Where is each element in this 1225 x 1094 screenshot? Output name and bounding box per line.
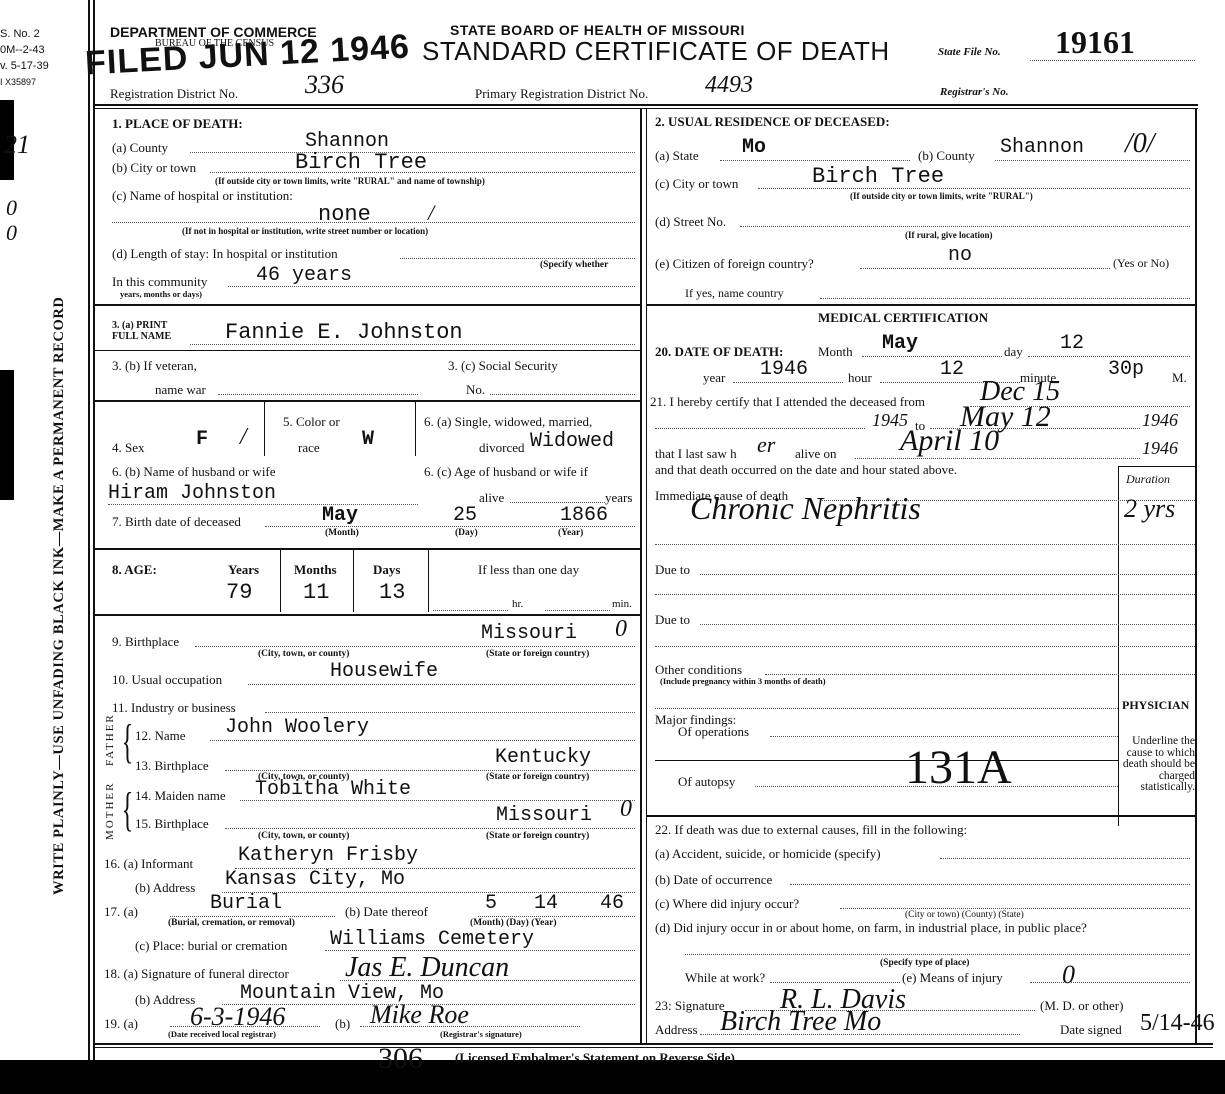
field-line xyxy=(740,226,1190,227)
field-line xyxy=(940,858,1190,859)
form-code: v. 5-17-39 xyxy=(0,58,49,74)
field-line xyxy=(218,394,418,395)
occupation-label: 10. Usual occupation xyxy=(112,672,222,688)
state-file-label: State File No. xyxy=(938,46,1001,58)
residence-heading: 2. USUAL RESIDENCE OF DECEASED: xyxy=(655,114,890,130)
section-rule xyxy=(93,548,640,550)
field-line xyxy=(862,356,1002,357)
immediate-cause-value[interactable]: Chronic Nephritis xyxy=(690,490,921,527)
field-line xyxy=(733,382,843,383)
day-note: (Day) xyxy=(455,528,478,538)
dod-minute-value[interactable]: 30p xyxy=(1108,358,1144,381)
external-d-note: (Specify type of place) xyxy=(880,958,969,968)
age-days-value[interactable]: 13 xyxy=(379,580,405,605)
autopsy-label: Of autopsy xyxy=(678,774,735,790)
primary-district-label: Primary Registration District No. xyxy=(475,86,648,102)
field-line xyxy=(860,268,1110,269)
md-label: (M. D. or other) xyxy=(1040,998,1123,1014)
res-city-note: (If outside city or town limits, write "… xyxy=(850,191,1033,201)
to-year-value[interactable]: 1946 xyxy=(1142,410,1178,431)
burial-month-value[interactable]: 5 xyxy=(485,892,497,915)
field-line xyxy=(265,712,635,713)
bottom-rule xyxy=(93,1043,1213,1045)
duration-value[interactable]: 2 yrs xyxy=(1124,494,1175,524)
received-date-value[interactable]: 6-3-1946 xyxy=(190,1002,285,1032)
community-label: In this community xyxy=(112,274,207,290)
section-rule xyxy=(93,400,640,402)
margin-mark: 21 xyxy=(4,130,30,160)
reg-district-number[interactable]: 336 xyxy=(305,70,344,100)
hospital-label: (c) Name of hospital or institution: xyxy=(112,188,293,204)
dod-month-label: Month xyxy=(818,344,853,360)
received-note: (Date received local registrar) xyxy=(168,1029,276,1039)
age-label: 8. AGE: xyxy=(112,562,157,578)
yes-no-note: (Yes or No) xyxy=(1113,256,1169,271)
specify-note: (Specify whether xyxy=(540,260,608,270)
external-c-label: (c) Where did injury occur? xyxy=(655,896,799,912)
last-saw-year-value[interactable]: 1946 xyxy=(1142,438,1178,459)
community-note: years, months or days) xyxy=(120,289,202,299)
cell-divider xyxy=(428,550,429,612)
city-note: (If outside city or town limits, write "… xyxy=(215,176,485,186)
field-line xyxy=(770,982,900,983)
field-line xyxy=(490,394,635,395)
date-signed-label: Date signed xyxy=(1060,1022,1122,1038)
field-line xyxy=(790,884,1190,885)
side-instructions: WRITE PLAINLY—USE UNFADING BLACK INK—MAK… xyxy=(51,297,68,895)
last-saw-pronoun[interactable]: er xyxy=(757,432,775,458)
dod-day-value[interactable]: 12 xyxy=(1060,332,1084,355)
dod-year-label: year xyxy=(703,370,725,386)
less-than-day-label: If less than one day xyxy=(478,562,579,578)
reg-district-label: Registration District No. xyxy=(110,86,238,102)
column-divider xyxy=(640,108,642,1043)
field-line xyxy=(225,770,635,771)
certify-label: 21. I hereby certify that I attended the… xyxy=(650,394,925,410)
sex-value[interactable]: F xyxy=(196,428,208,451)
county-label: (a) County xyxy=(112,140,168,156)
field-line xyxy=(545,610,610,611)
field-line xyxy=(700,1034,1020,1035)
spouse-age-label-1: 6. (c) Age of husband or wife if xyxy=(424,464,588,480)
section-rule xyxy=(646,815,1195,817)
field-line xyxy=(108,504,418,505)
field-line xyxy=(720,160,910,161)
veteran-label: 3. (b) If veteran, xyxy=(112,358,197,374)
external-a-label: (a) Accident, suicide, or homicide (spec… xyxy=(655,846,881,862)
check-mark: / xyxy=(240,424,247,451)
medical-heading: MEDICAL CERTIFICATION xyxy=(818,310,988,326)
res-county-value[interactable]: Shannon xyxy=(1000,136,1084,159)
handwritten-code: 131A xyxy=(905,740,1012,795)
age-years-label: Years xyxy=(228,562,259,578)
field-line xyxy=(240,800,635,801)
brace-icon: { xyxy=(122,786,134,834)
full-name-label: 3. (a) PRINT FULL NAME xyxy=(112,320,171,342)
spouse-label: 6. (b) Name of husband or wife xyxy=(112,464,276,480)
field-line xyxy=(170,1026,320,1027)
citizen-label: (e) Citizen of foreign country? xyxy=(655,256,814,272)
dod-hour-label: hour xyxy=(848,370,872,386)
ss-label: 3. (c) Social Security xyxy=(448,358,558,374)
field-line xyxy=(510,502,605,503)
column-divider xyxy=(646,108,647,1043)
check-mark: 0 xyxy=(620,796,632,823)
duration-label: Duration xyxy=(1126,472,1170,487)
field-line xyxy=(1030,982,1190,983)
ss-no-label: No. xyxy=(466,382,485,398)
field-line xyxy=(758,188,1190,189)
dod-year-value[interactable]: 1946 xyxy=(760,358,808,381)
father-name-label: 12. Name xyxy=(135,728,186,744)
field-line xyxy=(770,736,1118,737)
birth-day-value[interactable]: 25 xyxy=(453,504,477,527)
form-code: I X35897 xyxy=(0,74,49,90)
mother-birthplace-label: 15. Birthplace xyxy=(135,816,209,832)
res-state-value[interactable]: Mo xyxy=(742,136,766,159)
field-line xyxy=(112,222,635,223)
dod-month-value[interactable]: May xyxy=(882,332,918,355)
hr-label: hr. xyxy=(512,598,523,610)
informant-address-value[interactable]: Kansas City, Mo xyxy=(225,868,405,891)
war-label: name war xyxy=(155,382,206,398)
field-line xyxy=(840,908,1190,909)
race-label-1: 5. Color or xyxy=(283,414,340,430)
form-code: S. No. 2 xyxy=(0,26,49,42)
informant-value[interactable]: Katheryn Frisby xyxy=(238,844,418,867)
state-country-note: (State or foreign country) xyxy=(486,831,589,841)
res-city-value[interactable]: Birch Tree xyxy=(812,164,944,189)
place-of-death-heading: 1. PLACE OF DEATH: xyxy=(112,116,243,132)
field-line xyxy=(195,646,635,647)
due-to-label: Due to xyxy=(655,612,690,628)
stay-label: (d) Length of stay: In hospital or insti… xyxy=(112,246,338,262)
left-border-inner xyxy=(93,0,95,1060)
operations-label: Of operations xyxy=(678,724,749,740)
city-town-note: (City, town, or county) xyxy=(258,831,349,841)
father-side-label: FATHER xyxy=(104,713,116,766)
embalmer-note: (Licensed Embalmer's Statement on Revers… xyxy=(455,1050,735,1066)
physician-heading: PHYSICIAN xyxy=(1122,698,1189,713)
occupation-value[interactable]: Housewife xyxy=(330,660,438,683)
director-address-label: (b) Address xyxy=(135,992,195,1008)
field-line xyxy=(655,760,1118,761)
means-label: (e) Means of injury xyxy=(902,970,1003,986)
physician-address-label: Address xyxy=(655,1022,698,1038)
age-months-value[interactable]: 11 xyxy=(303,580,329,605)
right-border xyxy=(1195,108,1197,1043)
duration-box-top xyxy=(1118,466,1195,467)
sex-label: 4. Sex xyxy=(112,440,145,456)
race-value[interactable]: W xyxy=(362,428,374,451)
signature-label: 23: Signature xyxy=(655,998,725,1014)
date-signed-value[interactable]: 5/14-46 xyxy=(1140,1010,1215,1037)
external-b-label: (b) Date of occurrence xyxy=(655,872,772,888)
informant-address-label: (b) Address xyxy=(135,880,195,896)
field-line xyxy=(225,828,635,829)
form-code: 0M--2-43 xyxy=(0,42,49,58)
industry-label: 11. Industry or business xyxy=(112,700,236,716)
field-line xyxy=(210,172,635,173)
burial-place-value[interactable]: Williams Cemetery xyxy=(330,928,534,951)
means-value[interactable]: 0 xyxy=(1062,960,1075,990)
birthplace-value[interactable]: Missouri xyxy=(481,622,577,645)
state-country-note: (State or foreign country) xyxy=(486,772,589,782)
cell-divider xyxy=(415,400,416,456)
month-note: (Month) xyxy=(325,528,359,538)
registrar-sig-note: (Registrar's signature) xyxy=(440,1029,522,1039)
field-line xyxy=(433,610,508,611)
page-title: STANDARD CERTIFICATE OF DEATH xyxy=(422,36,890,67)
res-state-label: (a) State xyxy=(655,148,699,164)
burial-year-value[interactable]: 46 xyxy=(600,892,624,915)
field-line xyxy=(340,980,635,981)
physician-note: Underline the cause to which death shoul… xyxy=(1120,736,1195,794)
burial-place-label: (c) Place: burial or cremation xyxy=(135,938,287,954)
age-months-label: Months xyxy=(294,562,337,578)
birth-year-value[interactable]: 1866 xyxy=(560,504,608,527)
field-line xyxy=(400,258,635,259)
cell-divider xyxy=(264,400,265,456)
dod-day-label: day xyxy=(1004,344,1023,360)
registrar-label: Registrar's No. xyxy=(940,86,1008,98)
birthplace-label: 9. Birthplace xyxy=(112,634,179,650)
state-country-note: (State or foreign country) xyxy=(486,649,589,659)
years-label: years xyxy=(605,490,632,506)
field-line xyxy=(1030,60,1195,61)
age-days-label: Days xyxy=(373,562,400,578)
footer-number: 306 xyxy=(378,1042,423,1076)
section-rule xyxy=(93,350,640,351)
year-note: (Year) xyxy=(558,528,583,538)
brace-icon: { xyxy=(122,718,134,766)
field-line xyxy=(170,916,335,917)
form-codes: S. No. 2 0M--2-43 v. 5-17-39 I X35897 xyxy=(0,26,49,90)
field-line xyxy=(700,574,1195,575)
spouse-value[interactable]: Hiram Johnston xyxy=(108,482,276,505)
field-line xyxy=(1028,356,1190,357)
last-saw-value[interactable]: April 10 xyxy=(900,424,999,458)
external-heading: 22. If death was due to external causes,… xyxy=(655,822,967,838)
res-county-label: (b) County xyxy=(918,148,975,164)
occurred-text: and that death occurred on the date and … xyxy=(655,462,957,478)
full-name-value[interactable]: Fannie E. Johnston xyxy=(225,320,463,345)
race-label-2: race xyxy=(298,440,320,456)
spouse-age-label-2: alive xyxy=(479,490,504,506)
field-line xyxy=(700,624,1195,625)
last-saw-label-2: alive on xyxy=(795,446,837,462)
hospital-note: (If not in hospital or institution, writ… xyxy=(182,226,428,236)
informant-label: 16. (a) Informant xyxy=(104,856,193,872)
field-line xyxy=(190,344,635,345)
state-file-number: 19161 xyxy=(1055,24,1135,61)
burial-day-value[interactable]: 14 xyxy=(534,892,558,915)
left-border xyxy=(88,0,90,1060)
due-to-label: Due to xyxy=(655,562,690,578)
city-town-note: (City, town, or county) xyxy=(258,649,349,659)
last-saw-label-1: that I last saw h xyxy=(655,446,737,462)
director-label: 18. (a) Signature of funeral director xyxy=(104,966,289,982)
field-line xyxy=(360,1026,580,1027)
margin-mark: 0 xyxy=(6,220,17,246)
field-line xyxy=(765,674,1195,675)
external-d-label: (d) Did injury occur in or about home, o… xyxy=(655,920,1087,936)
bottom-rule xyxy=(93,1047,1213,1048)
birth-month-value[interactable]: May xyxy=(322,504,358,527)
field-line xyxy=(222,892,635,893)
mother-name-label: 14. Maiden name xyxy=(135,788,226,804)
burial-date-note: (Month) (Day) (Year) xyxy=(470,918,557,928)
father-birthplace-value[interactable]: Kentucky xyxy=(495,746,591,769)
field-line xyxy=(995,160,1190,161)
marital-value[interactable]: Widowed xyxy=(530,430,614,453)
field-line xyxy=(478,916,635,917)
margin-black-bar xyxy=(0,370,14,500)
community-value[interactable]: 46 years xyxy=(256,264,352,287)
street-note: (If rural, give location) xyxy=(905,230,992,240)
street-label: (d) Street No. xyxy=(655,214,726,230)
handwritten-code: /0/ xyxy=(1125,128,1155,160)
disposition-label: 17. (a) xyxy=(104,904,138,920)
country-label: If yes, name country xyxy=(685,286,784,301)
section-rule xyxy=(646,304,1195,306)
header-rule xyxy=(93,104,1198,106)
full-name-label-line: 3. (a) PRINT xyxy=(112,320,171,331)
check-mark: 0 xyxy=(615,616,627,643)
work-label: While at work? xyxy=(685,970,765,986)
mother-name-value[interactable]: Tobitha White xyxy=(255,778,411,801)
field-line xyxy=(655,428,865,429)
external-c-note: (City or town) (County) (State) xyxy=(905,910,1024,920)
res-city-label: (c) City or town xyxy=(655,176,738,192)
field-line xyxy=(655,544,1195,545)
cell-divider xyxy=(280,550,281,612)
city-label: (b) City or town xyxy=(112,160,196,176)
field-line xyxy=(210,740,635,741)
cell-divider xyxy=(353,550,354,612)
field-line xyxy=(265,526,635,527)
dod-hour-value[interactable]: 12 xyxy=(940,358,964,381)
field-line xyxy=(685,954,1190,955)
field-line xyxy=(820,298,1190,299)
hospital-value[interactable]: none xyxy=(318,202,371,227)
dod-m-label: M. xyxy=(1172,370,1187,386)
field-line xyxy=(248,684,635,685)
full-name-label-line: FULL NAME xyxy=(112,331,171,342)
disposition-value[interactable]: Burial xyxy=(210,892,282,915)
field-line xyxy=(325,950,635,951)
mother-birthplace-value[interactable]: Missouri xyxy=(496,804,592,827)
field-line xyxy=(655,646,1195,647)
registrar-sig-label: (b) xyxy=(335,1016,350,1032)
father-birthplace-label: 13. Birthplace xyxy=(135,758,209,774)
margin-mark: 0 xyxy=(6,195,17,221)
citizen-value[interactable]: no xyxy=(948,244,972,267)
section-rule xyxy=(93,614,640,616)
field-line xyxy=(655,594,1195,595)
field-line xyxy=(228,286,635,287)
father-name-value[interactable]: John Woolery xyxy=(225,716,369,739)
field-line xyxy=(655,708,1118,709)
marital-label-2: divorced xyxy=(479,440,524,456)
other-conditions-note: (Include pregnancy within 3 months of de… xyxy=(660,676,826,686)
age-years-value[interactable]: 79 xyxy=(226,580,252,605)
min-label: min. xyxy=(612,598,632,610)
burial-date-label: (b) Date thereof xyxy=(345,904,428,920)
primary-district-number[interactable]: 4493 xyxy=(705,72,753,99)
dod-label: 20. DATE OF DEATH: xyxy=(655,344,783,359)
section-rule xyxy=(93,304,640,306)
birth-date-label: 7. Birth date of deceased xyxy=(112,514,241,530)
disposition-note: (Burial, cremation, or removal) xyxy=(168,918,295,928)
field-line xyxy=(855,458,1140,459)
received-label: 19. (a) xyxy=(104,1016,138,1032)
mother-side-label: MOTHER xyxy=(104,782,116,840)
marital-label-1: 6. (a) Single, widowed, married, xyxy=(424,414,592,430)
